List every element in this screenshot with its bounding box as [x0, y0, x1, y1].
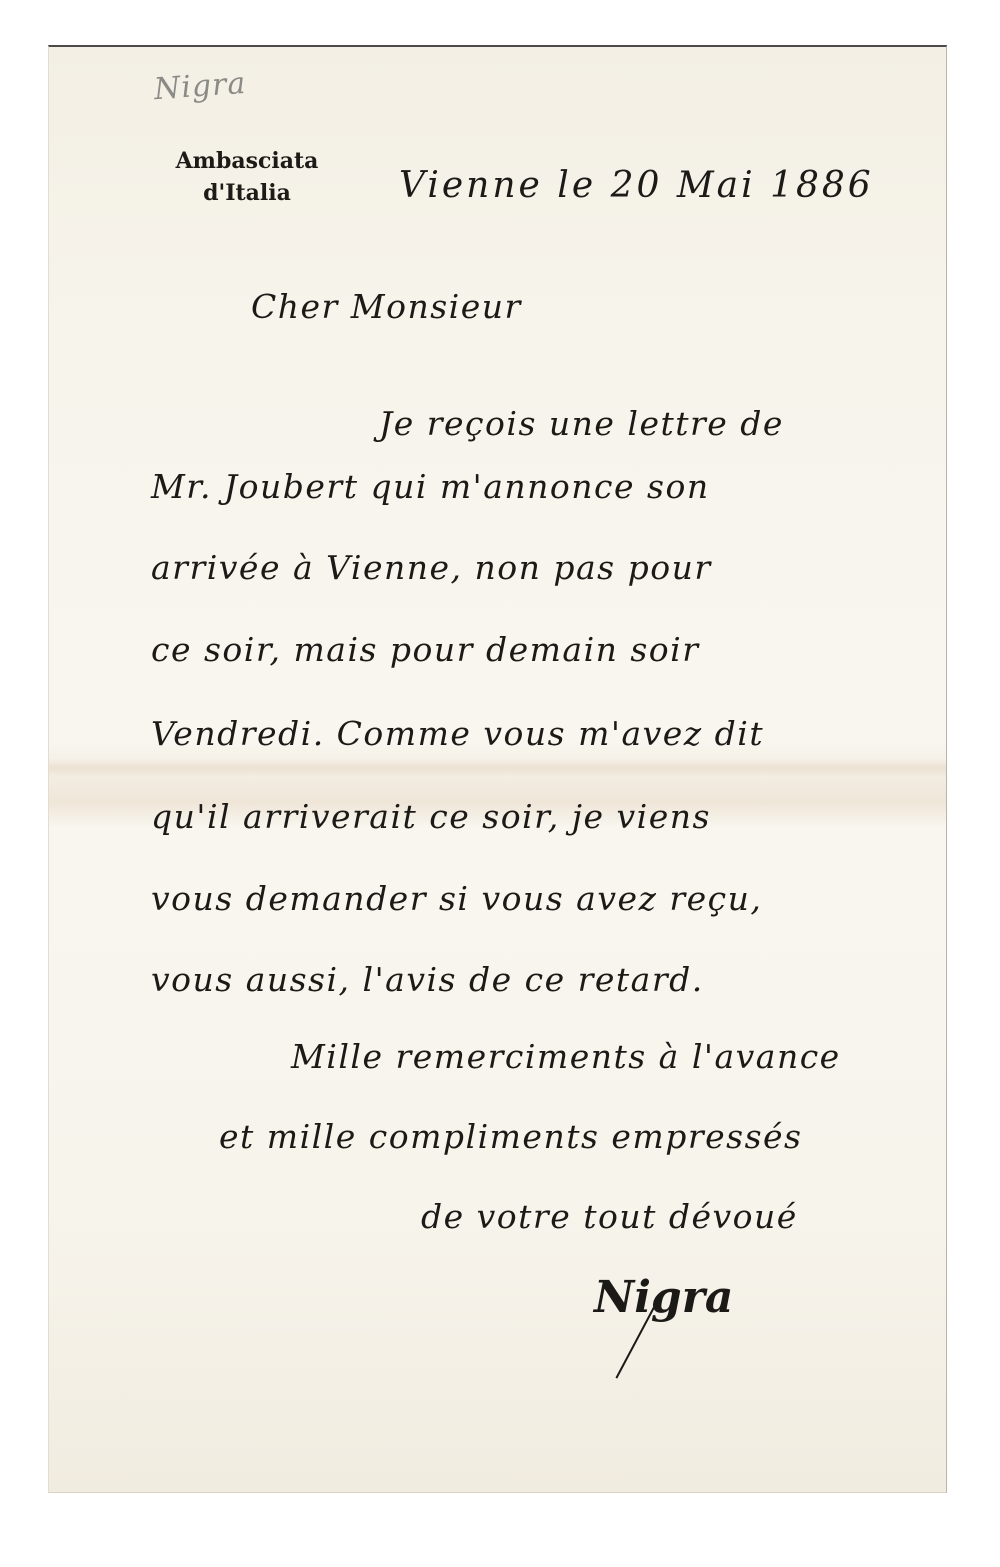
body-line: Mille remerciments à l'avance	[291, 1037, 841, 1076]
letterhead-line-1: Ambasciata	[147, 145, 347, 177]
body-line: vous aussi, l'avis de ce retard.	[151, 960, 704, 999]
body-line: Je reçois une lettre de	[379, 404, 784, 443]
date-line: Vienne le 20 Mai 1886	[399, 165, 874, 206]
letterhead-line-2: d'Italia	[147, 177, 347, 209]
paper-fold-crease	[49, 759, 946, 777]
body-line: Vendredi. Comme vous m'avez dit	[151, 714, 764, 753]
body-line: ce soir, mais pour demain soir	[151, 630, 700, 669]
body-line: qu'il arriverait ce soir, je viens	[151, 797, 711, 836]
body-line: Mr. Joubert qui m'annonce son	[151, 467, 710, 506]
body-line: arrivée à Vienne, non pas pour	[151, 548, 712, 587]
pencil-annotation: Nigra	[153, 66, 247, 107]
letter-sheet: Nigra Ambasciata d'Italia Vienne le 20 M…	[48, 45, 947, 1493]
salutation: Cher Monsieur	[251, 287, 522, 326]
letterhead: Ambasciata d'Italia	[147, 145, 347, 209]
body-line: vous demander si vous avez reçu,	[151, 879, 762, 918]
body-line: et mille compliments empressés	[219, 1117, 802, 1156]
signature: Nigra	[594, 1272, 733, 1323]
closing-line: de votre tout dévoué	[421, 1197, 798, 1236]
